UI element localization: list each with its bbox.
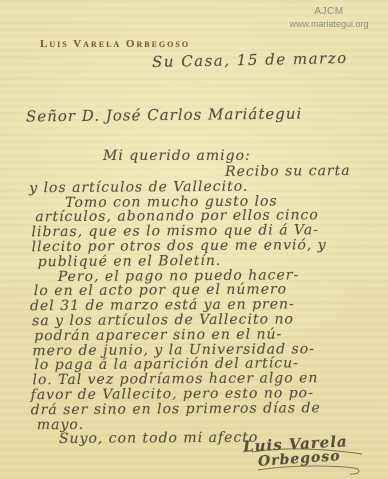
salutation-line: Mi querido amigo: [103, 148, 251, 164]
letter-line: Recibo su carta [225, 164, 379, 180]
letter-body: Recibo su carta y los artículos de Valle… [27, 164, 381, 448]
letterhead-name: Luis Varela Orbegoso [40, 38, 190, 50]
archive-watermark: AJCM www.mariategui.org [274, 6, 384, 30]
signature-surname: Orbegoso [258, 448, 342, 470]
recipient-line: Señor D. José Carlos Mariátegui [26, 105, 302, 126]
signature-flourish [250, 444, 370, 478]
letter-page: AJCM www.mariategui.org Luis Varela Orbe… [0, 0, 388, 479]
date-line: Su Casa, 15 de marzo [152, 49, 348, 71]
archive-watermark-org: AJCM [274, 6, 384, 19]
closing-line: Suyo, con todo mi afecto [59, 430, 381, 447]
archive-watermark-url: www.mariategui.org [274, 19, 384, 30]
